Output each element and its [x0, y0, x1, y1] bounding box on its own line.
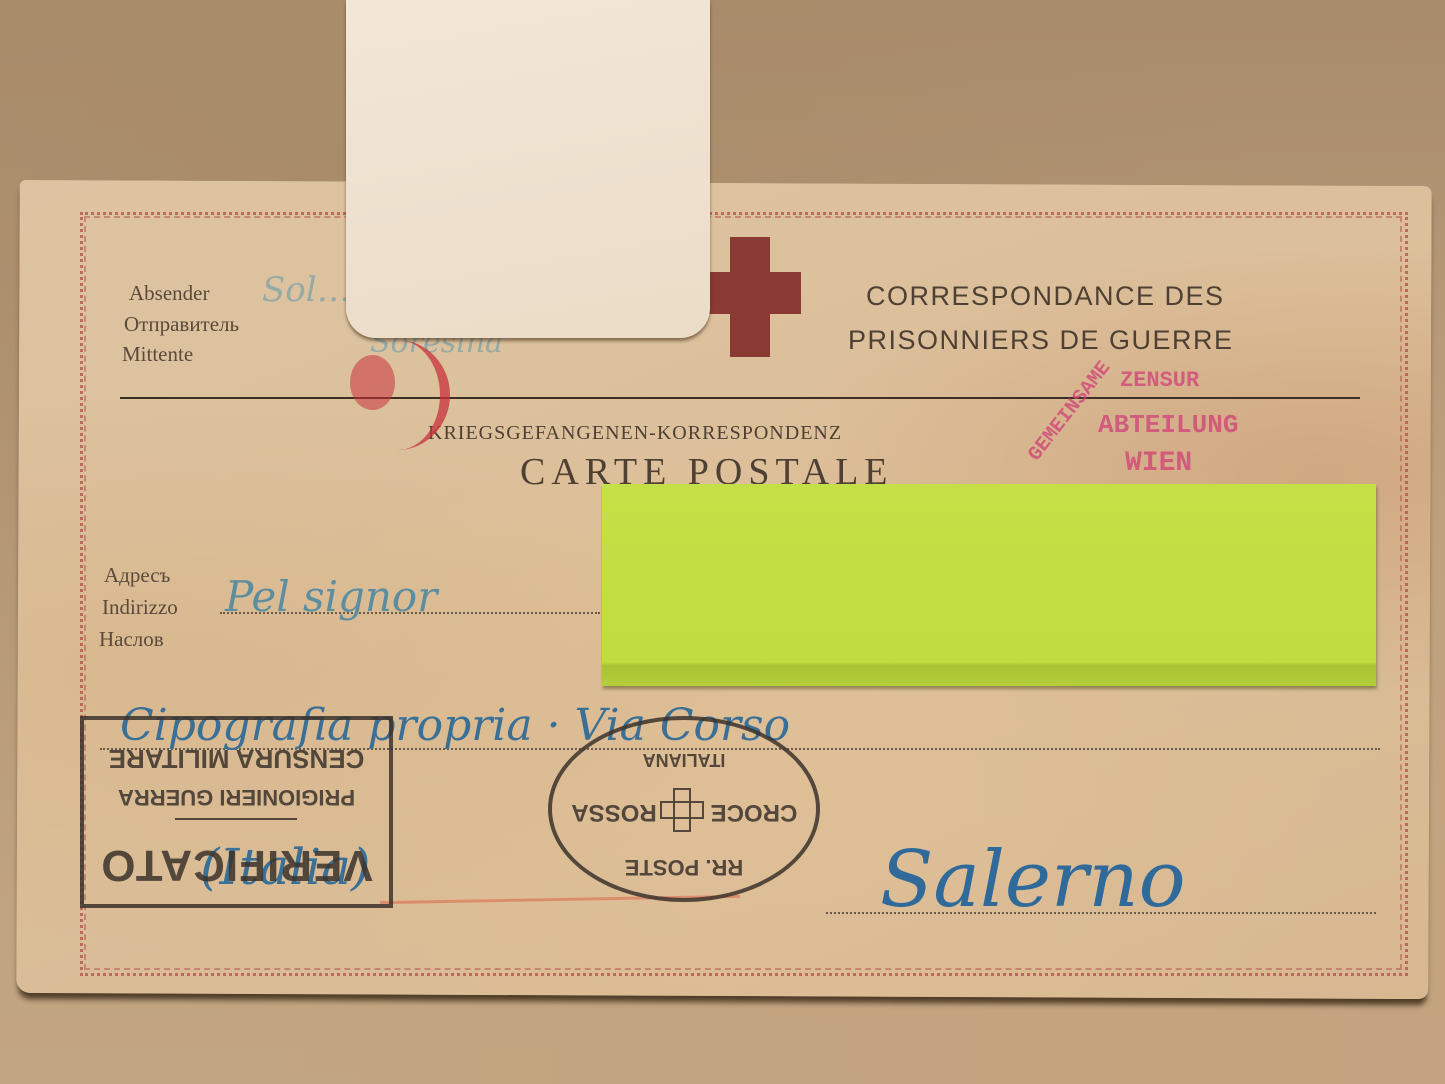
censor-stamp-rule: [176, 818, 298, 820]
sender-label-ru: Отправитель: [124, 311, 239, 337]
censor-stamp-italy: VERIFICATO PRIGIONIERI GUERRA CENSURA MI…: [80, 716, 393, 908]
vienna-stamp-line-1: ZENSUR: [1120, 368, 1199, 393]
handwriting-address-1: Pel signor: [225, 572, 437, 621]
sender-label-de: Absender: [129, 280, 209, 306]
vienna-stamp-line-2: ABTEILUNG: [1098, 410, 1238, 440]
address-label-sr: Наслов: [99, 626, 164, 652]
oval-stamp-bottom-text: RR. POSTE: [552, 854, 816, 880]
sender-label-it: Mittente: [122, 341, 193, 367]
red-cross-oval-stamp: RR. POSTE CROCE ROSSA ITALIANA: [548, 716, 820, 902]
header-line-2: PRISONNIERS DE GUERRE: [848, 325, 1234, 356]
address-label-ru: Адресъ: [104, 562, 170, 588]
divider-rule: [120, 397, 1360, 399]
censor-stamp-line-2: PRIGIONIERI GUERRA: [84, 784, 389, 810]
vienna-stamp-line-3: WIEN: [1125, 448, 1192, 479]
green-sticky-note: [602, 484, 1376, 686]
header-line-1: CORRESPONDANCE DES: [866, 281, 1225, 312]
handwriting-city: Salerno: [880, 835, 1186, 925]
address-label-it: Indirizzo: [102, 594, 178, 620]
handwriting-sender: Sol…: [262, 270, 351, 310]
red-postmark-fill: [350, 355, 395, 410]
white-paper-tab: [346, 0, 710, 338]
censor-stamp-line-3: CENSURA MILITARE: [84, 743, 389, 774]
oval-stamp-left-text: ROSSA: [482, 798, 746, 826]
oval-stamp-cross-icon: [664, 792, 704, 832]
censor-stamp-line-1: VERIFICATO: [84, 840, 389, 890]
subtitle: KRIEGSGEFANGENEN-KORRESPONDENZ: [428, 422, 842, 445]
oval-stamp-top-text: ITALIANA: [552, 749, 816, 770]
